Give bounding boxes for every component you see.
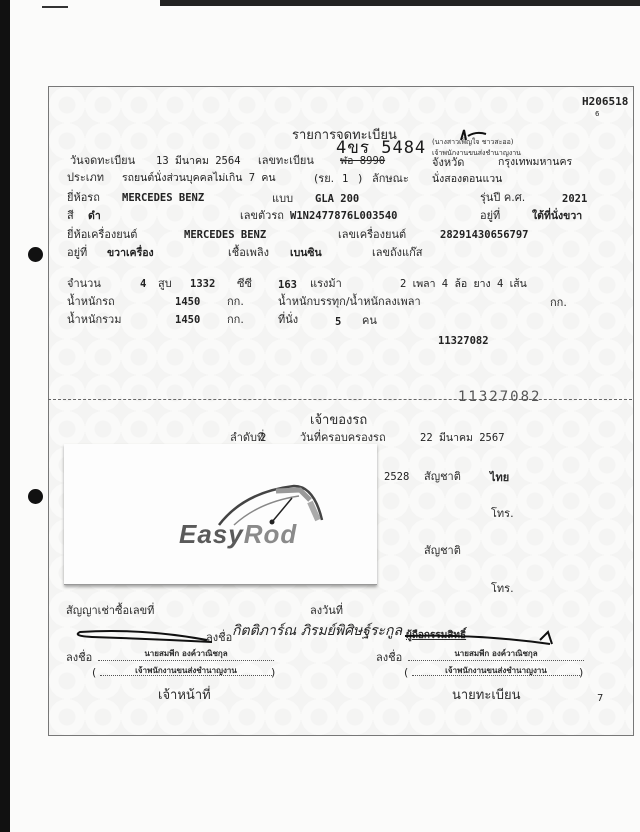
left-signer-name: นายสมพีก องค์วาณิชกุล xyxy=(98,650,274,661)
chassis-location-label: อยู่ที่ xyxy=(480,210,500,221)
type-label: ประเภท xyxy=(67,172,104,183)
load-unit: กก. xyxy=(550,297,567,308)
paren-open: ( xyxy=(92,667,96,678)
seats-label: ที่นั่ง xyxy=(278,314,298,325)
owner-signature: กิตติภาร์ณ ภิรมย์พิศิษฐ์ระกูล xyxy=(232,624,402,638)
left-signer-position: เจ้าพนักงานขนส่งชำนาญงาน xyxy=(100,667,272,676)
engine-cc: 1332 xyxy=(190,279,215,290)
nationality: ไทย xyxy=(490,472,509,483)
class-value: 1 xyxy=(342,174,348,185)
engine-number: 28291430656797 xyxy=(440,230,529,241)
model: GLA 200 xyxy=(315,194,359,205)
document-number-ghost: 11327082 xyxy=(458,390,541,404)
initials-signature-icon xyxy=(458,128,488,144)
punch-hole-icon xyxy=(28,489,43,504)
gross-weight-unit: กก. xyxy=(227,314,244,325)
cylinders-label: จำนวน xyxy=(67,278,101,289)
phone-label: โทร. xyxy=(491,508,514,519)
nationality-label: สัญชาติ xyxy=(424,471,461,482)
vehicle-style: นั่งสองตอนแวน xyxy=(432,174,502,185)
paper-mark xyxy=(42,6,68,8)
owner-heading: เจ้าของรถ xyxy=(310,414,367,427)
birth-year: 2528 xyxy=(384,472,409,483)
cc-unit: ซีซี xyxy=(237,278,252,289)
engine-brand-label: ยี่ห้อเครื่องยนต์ xyxy=(67,229,137,240)
right-sign-label: ลงชื่อ xyxy=(376,652,402,663)
brand: MERCEDES BENZ xyxy=(122,193,204,204)
reg-number-label: เลขทะเบียน xyxy=(258,155,314,166)
weight-unit: กก. xyxy=(227,296,244,307)
serial-number: H206518 xyxy=(582,96,628,107)
class-close: ) xyxy=(358,173,362,184)
chassis-label: เลขตัวรถ xyxy=(240,210,284,221)
seats-unit: คน xyxy=(362,315,377,326)
axles-wheels-tires: 2 เพลา 4 ล้อ ยาง 4 เส้น xyxy=(400,279,527,290)
hp-unit: แรงม้า xyxy=(310,278,342,289)
paren-close: ) xyxy=(271,667,275,678)
chassis-location: ใต้ที่นั่งขวา xyxy=(532,211,582,222)
brand-label: ยี่ห้อรถ xyxy=(67,192,100,203)
seats: 5 xyxy=(335,317,341,328)
model-year-label: รุ่นปี ค.ศ. xyxy=(480,192,525,203)
paren-open: ( xyxy=(404,667,408,678)
possession-date-label: วันที่ครอบครองรถ xyxy=(300,432,386,443)
province: กรุงเทพมหานคร xyxy=(498,157,572,168)
horsepower: 163 xyxy=(278,280,297,291)
vehicle-type: รถยนต์นั่งส่วนบุคคลไม่เกิน 7 คน xyxy=(122,173,276,184)
nationality-label-2: สัญชาติ xyxy=(424,545,461,556)
class-label: (รย. xyxy=(314,173,334,184)
left-sign-label: ลงชื่อ xyxy=(66,652,92,663)
province-label: จังหวัด xyxy=(432,157,464,168)
lease-label: สัญญาเช่าซื้อเลขที่ xyxy=(66,605,154,616)
gas-tank-label: เลขถังแก๊ส xyxy=(372,247,423,258)
color: ดำ xyxy=(88,211,101,222)
model-label: แบบ xyxy=(272,193,293,204)
chassis-number: W1N2477876L003540 xyxy=(290,211,397,222)
document-number: 11327082 xyxy=(438,336,489,347)
color-label: สี xyxy=(67,210,74,221)
cylinders-unit: สูบ xyxy=(158,278,172,289)
weight-label: น้ำหนักรถ xyxy=(67,296,115,307)
reg-date: 13 มีนาคม 2564 xyxy=(156,156,241,167)
right-signer-name: นายสมพีก องค์วาณิชกุล xyxy=(408,650,584,661)
punch-hole-icon xyxy=(28,247,43,262)
right-signer-role: นายทะเบียน xyxy=(452,689,521,702)
engine-brand: MERCEDES BENZ xyxy=(184,230,266,241)
gross-weight-label: น้ำหนักรวม xyxy=(67,314,121,325)
paren-close: ) xyxy=(579,667,583,678)
lease-date-label: ลงวันที่ xyxy=(310,605,343,616)
easyrod-sticker: EasyRod xyxy=(64,444,377,585)
style-label: ลักษณะ xyxy=(372,173,409,184)
paper-top-shadow xyxy=(160,0,640,6)
page-number: 7 xyxy=(597,694,603,704)
load-label: น้ำหนักบรรทุก/น้ำหนักลงเพลา xyxy=(278,296,421,307)
gross-weight: 1450 xyxy=(175,315,200,326)
reg-number-old: ฬอ 8990 xyxy=(340,156,385,167)
engine-number-label: เลขเครื่องยนต์ xyxy=(338,229,406,240)
model-year: 2021 xyxy=(562,194,587,205)
fuel: เบนซิน xyxy=(290,248,322,259)
engine-location-label: อยู่ที่ xyxy=(67,247,87,258)
vehicle-weight: 1450 xyxy=(175,297,200,308)
corner-mark: 6 xyxy=(595,111,599,118)
order-number: 2 xyxy=(260,433,266,444)
reg-date-label: วันจดทะเบียน xyxy=(70,155,135,166)
cylinders: 4 xyxy=(140,279,146,290)
left-signer-role: เจ้าหน้าที่ xyxy=(158,689,211,702)
right-signer-position: เจ้าพนักงานขนส่งชำนาญงาน xyxy=(412,667,580,676)
phone-label-2: โทร. xyxy=(491,583,514,594)
easyrod-logo: EasyRod xyxy=(179,519,297,550)
engine-location: ขวาเครื่อง xyxy=(107,248,154,259)
signature-stroke-icon xyxy=(72,622,222,648)
fuel-label: เชื้อเพลิง xyxy=(228,247,269,258)
possession-date: 22 มีนาคม 2567 xyxy=(420,433,505,444)
section-divider xyxy=(48,399,632,400)
